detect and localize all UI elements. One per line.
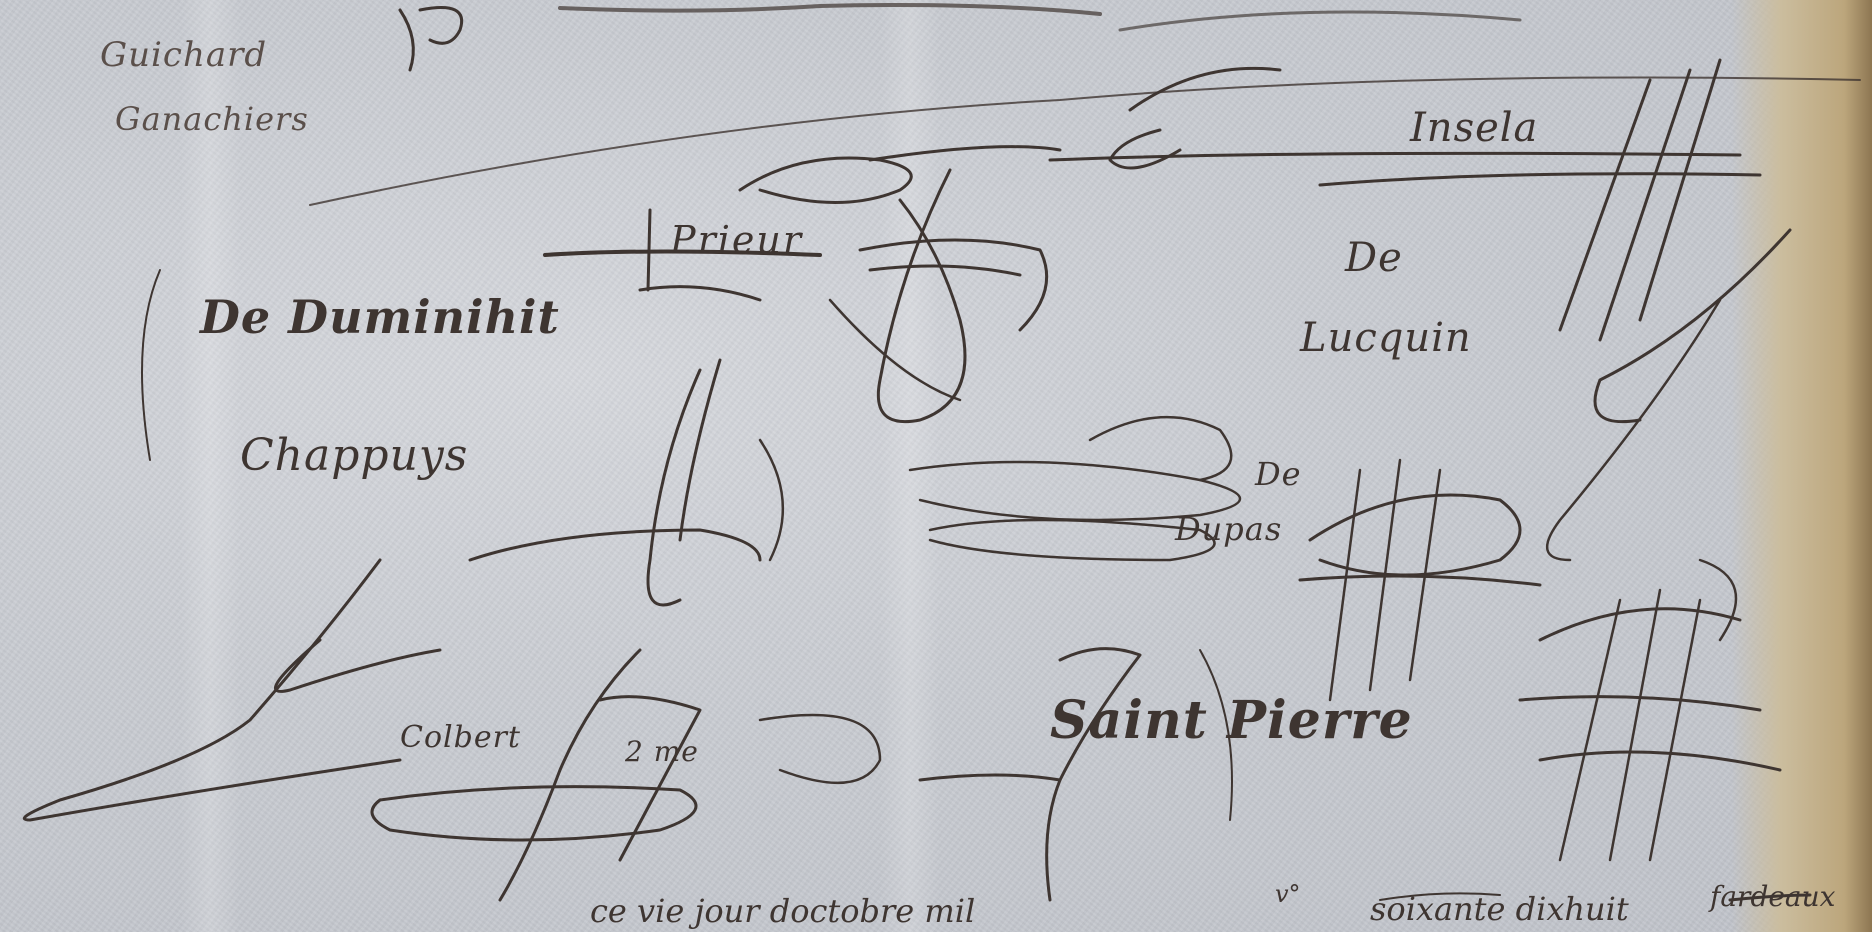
signature-bottom-left: Colbert: [400, 720, 521, 755]
signature-de-prefix-dupas: De: [1255, 455, 1302, 493]
bottom-line-text-left: ce vie jour doctobre mil: [590, 892, 975, 930]
signature-dupas: Dupas: [1175, 510, 1282, 548]
signature-top-left-line2: Ganachiers: [115, 100, 309, 138]
manuscript-page: Guichard Ganachiers Prieur De Duminihit …: [0, 0, 1872, 932]
signature-prieur: Prieur: [670, 218, 803, 262]
signature-top-left-line1: Guichard: [100, 35, 267, 75]
signature-duminihit: De Duminihit: [200, 290, 560, 344]
signature-lucquin: Lucquin: [1300, 315, 1472, 361]
signature-chappuys: Chappuys: [240, 430, 468, 481]
signature-de-prefix: De: [1345, 235, 1403, 281]
bottom-line-text-far-right: fardeaux: [1710, 880, 1835, 913]
signature-bottom-left-suffix: 2 me: [625, 735, 699, 768]
bottom-line-text-right: soixante dixhuit: [1370, 890, 1629, 928]
bottom-line-text-mid: v°: [1275, 880, 1301, 908]
signature-saint-pierre: Saint Pierre: [1050, 690, 1413, 751]
signature-insela: Insela: [1410, 105, 1538, 151]
